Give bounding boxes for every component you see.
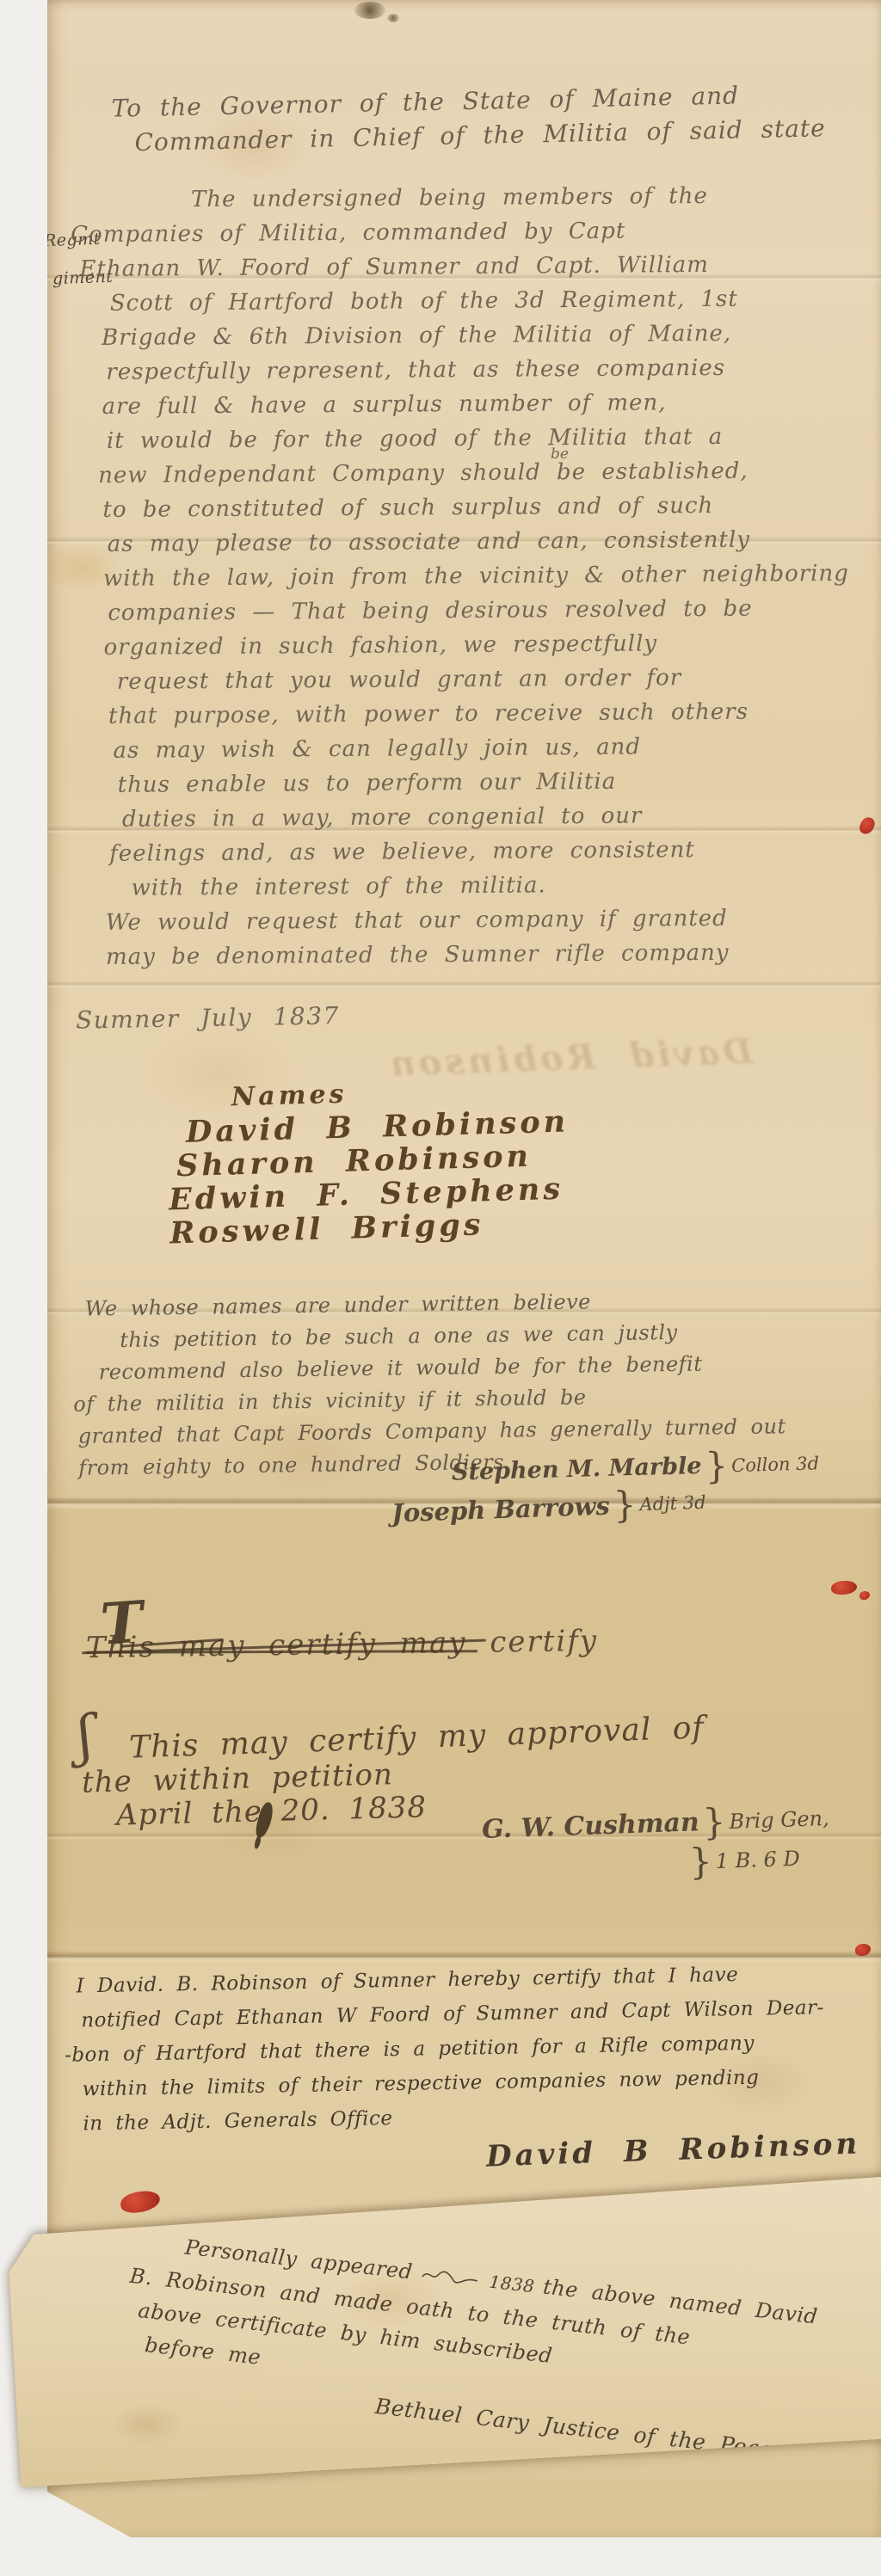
signature-name: Stephen M. Marble xyxy=(452,1453,702,1486)
petition-line: Companies of Militia, commanded by Capt xyxy=(71,212,847,252)
robinson-signature: David B Robinson xyxy=(485,2126,860,2173)
petition-line: Ethanan W. Foord of Sumner and Capt. Wil… xyxy=(79,247,847,286)
petition-line: it would be for the good of the Militia … xyxy=(107,419,848,458)
petition-line: Brigade & 6th Division of the Militia of… xyxy=(102,316,847,355)
brace-glyph: } xyxy=(613,1483,637,1526)
signers-list: Names David B Robinson Sharon Robinson E… xyxy=(165,1072,571,1251)
date-place-line: Sumner July 1837 xyxy=(76,1001,340,1034)
stain-spot xyxy=(387,14,399,22)
petition-line: Scott of Hartford both of the 3d Regimen… xyxy=(110,281,847,321)
petition-line: duties in a way, more congenial to our xyxy=(122,797,851,837)
signature-rank: Brig Gen, xyxy=(729,1805,829,1833)
oath-text: Personally appeared 1838 the above named… xyxy=(117,2225,820,2470)
petition-line: companies — That being desirous resolved… xyxy=(108,591,849,630)
fold-crease xyxy=(47,981,881,989)
petition-line: with the law, join from the vicinity & o… xyxy=(103,556,849,596)
signature-rank: Collon 3d xyxy=(731,1453,819,1476)
petition-line: with the interest of the militia. xyxy=(131,866,851,906)
petition-line: The undersigned being members of the xyxy=(191,178,847,217)
petition-body: The undersigned being members of the Com… xyxy=(71,178,852,974)
brace-glyph: } xyxy=(705,1444,729,1487)
petition-line: to be constituted of such surplus and of… xyxy=(102,488,848,527)
petition-line: thus enable us to perform our Militia xyxy=(118,763,851,802)
petition-line: may be denominated the Sumner rifle comp… xyxy=(106,935,852,974)
caret-insertion: be xyxy=(551,446,569,463)
endorser-signature: Joseph Barrows } Adjt 3d xyxy=(391,1481,706,1534)
petition-line: new Independant Company should be establ… xyxy=(98,453,848,493)
petition-line: respectfully represent, that as these co… xyxy=(106,350,847,390)
signature-name: Joseph Barrows xyxy=(391,1491,611,1528)
signature-unit: 1 B. 6 D xyxy=(715,1846,800,1872)
signature-name: G. W. Cushman xyxy=(482,1807,700,1845)
illegible-scribble xyxy=(420,2266,482,2289)
crossed-out-line: This may certify may certify xyxy=(86,1624,599,1665)
brace-glyph: } xyxy=(688,1840,712,1883)
approval-flourish: ʃ xyxy=(73,1704,97,1769)
scan-background: To the Governor of the State of Maine an… xyxy=(0,0,881,2576)
petition-line: are full & have a surplus number of men, xyxy=(102,384,847,424)
petition-line: We would request that our company if gra… xyxy=(106,901,852,940)
notification-certificate: I David. B. Robinson of Sumner hereby ce… xyxy=(63,1956,826,2141)
approver-unit: } 1 B. 6 D xyxy=(685,1837,800,1884)
stain-spot xyxy=(354,2,385,19)
petition-line: feelings and, as we believe, more consis… xyxy=(109,832,851,871)
signature-rank: Adjt 3d xyxy=(639,1491,706,1515)
salutation: To the Governor of the State of Maine an… xyxy=(111,77,826,160)
brace-glyph: } xyxy=(702,1800,726,1843)
petition-sheet: To the Governor of the State of Maine an… xyxy=(47,0,881,2537)
petition-line: that purpose, with power to receive such… xyxy=(108,694,850,734)
petition-line: as may please to associate and can, cons… xyxy=(108,522,849,562)
approval-line: This may certify my approval of xyxy=(128,1710,705,1765)
petition-line: as may wish & can legally join us, and xyxy=(113,729,850,768)
petition-line: request that you would grant an order fo… xyxy=(117,660,850,699)
petition-line: organized in such fashion, we respectful… xyxy=(103,625,849,665)
oath-year: 1838 xyxy=(488,2266,537,2304)
